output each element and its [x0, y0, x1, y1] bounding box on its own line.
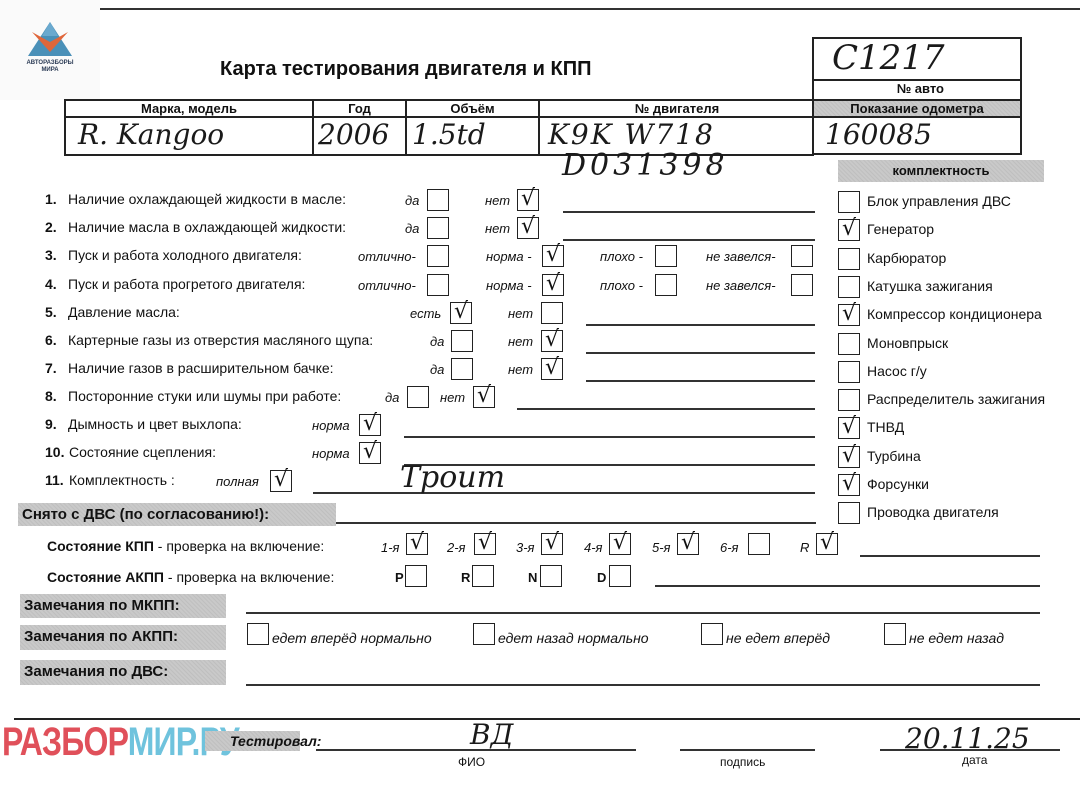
- option-checkbox[interactable]: [427, 189, 449, 211]
- check-number: 10.: [45, 444, 64, 460]
- option-label: нет: [508, 306, 533, 321]
- kit-header: комплектность: [838, 163, 1044, 178]
- akpp-option-checkbox[interactable]: [884, 623, 906, 645]
- option-label: нет: [440, 390, 465, 405]
- fio-value: ВД: [470, 718, 513, 751]
- kit-checkbox[interactable]: √: [838, 219, 860, 241]
- check-number: 6.: [45, 332, 57, 348]
- gear-checkbox[interactable]: [472, 565, 494, 587]
- gear-label: N: [528, 570, 537, 585]
- option-label: норма: [312, 418, 350, 433]
- akpp-option-checkbox[interactable]: [247, 623, 269, 645]
- manual-gearbox-label: Состояние КПП - проверка на включение:: [47, 538, 324, 554]
- gear-checkbox[interactable]: [405, 565, 427, 587]
- gear-label: P: [395, 570, 404, 585]
- kit-item-label: Карбюратор: [867, 250, 946, 266]
- option-label: есть: [410, 306, 441, 321]
- col-header-engine-no: № двигателя: [540, 101, 814, 117]
- watermark-part-1: РАЗБОР: [2, 720, 128, 764]
- option-label: нет: [485, 221, 510, 236]
- gear-checkbox[interactable]: √: [677, 533, 699, 555]
- checkmark-icon: √: [542, 359, 562, 379]
- comment-line[interactable]: [586, 380, 815, 382]
- brand-logo: АВТОРАЗБОРЫ МИРА: [0, 0, 100, 100]
- gear-label: 4-я: [584, 540, 603, 555]
- date-label: дата: [962, 753, 987, 767]
- checkmark-icon: √: [475, 534, 495, 554]
- checkmark-icon: √: [839, 418, 859, 438]
- comment-line[interactable]: [517, 408, 815, 410]
- checkmark-icon: √: [271, 471, 291, 491]
- gear-label: 6-я: [720, 540, 739, 555]
- option-checkbox[interactable]: [451, 330, 473, 352]
- check-label: Комплектность :: [69, 472, 175, 488]
- kit-checkbox[interactable]: [838, 333, 860, 355]
- option-checkbox[interactable]: √: [517, 189, 539, 211]
- option-checkbox[interactable]: √: [542, 274, 564, 296]
- option-checkbox[interactable]: [451, 358, 473, 380]
- col-header-odometer: Показание одометра: [814, 101, 1020, 117]
- check-number: 2.: [45, 219, 57, 235]
- gear-label: 5-я: [652, 540, 671, 555]
- signature-line[interactable]: [680, 749, 815, 751]
- model-value: R. Kangoo: [78, 118, 224, 151]
- remarks-dvs-label: Замечания по ДВС:: [20, 660, 226, 685]
- check-label: Давление масла:: [68, 304, 180, 320]
- checkmark-icon: √: [542, 534, 562, 554]
- option-checkbox[interactable]: √: [541, 330, 563, 352]
- option-label: нет: [485, 193, 510, 208]
- gear-label: R: [800, 540, 809, 555]
- comment-line[interactable]: [586, 324, 815, 326]
- checkmark-icon: √: [839, 305, 859, 325]
- col-header-volume: Объём: [407, 101, 538, 117]
- check-label: Состояние сцепления:: [69, 444, 216, 460]
- check-label: Пуск и работа прогретого двигателя:: [68, 276, 305, 292]
- option-label: норма: [312, 446, 350, 461]
- engine-no-extra: D031398: [562, 148, 729, 183]
- remarks-mkpp-label: Замечания по МКПП:: [20, 594, 226, 618]
- check-number: 8.: [45, 388, 57, 404]
- check-number: 3.: [45, 247, 57, 263]
- check-label: Пуск и работа холодного двигателя:: [68, 247, 302, 263]
- top-border: [100, 8, 1080, 10]
- checkmark-icon: √: [360, 415, 380, 435]
- option-checkbox[interactable]: [791, 245, 813, 267]
- kit-checkbox[interactable]: [838, 276, 860, 298]
- logo-mark-icon: [28, 22, 72, 58]
- checkmark-icon: √: [451, 303, 471, 323]
- date-value: 20.11.25: [905, 722, 1030, 755]
- checkmark-icon: √: [839, 475, 859, 495]
- kit-checkbox[interactable]: [838, 248, 860, 270]
- checkmark-icon: √: [474, 387, 494, 407]
- option-checkbox[interactable]: √: [359, 442, 381, 464]
- engine-no-value: K9K W718: [548, 118, 715, 151]
- option-label: плохо -: [600, 278, 643, 293]
- akpp-option-label: едет назад нормально: [498, 630, 649, 646]
- comment-line[interactable]: [586, 352, 815, 354]
- kit-item-label: Форсунки: [867, 476, 929, 492]
- gear-label: 1-я: [381, 540, 400, 555]
- kit-checkbox[interactable]: [838, 502, 860, 524]
- year-value: 2006: [318, 118, 389, 151]
- option-label: да: [430, 362, 444, 377]
- comment-line[interactable]: [563, 239, 815, 241]
- auto-gearbox-title: Состояние АКПП: [47, 569, 164, 585]
- checkmark-icon: √: [407, 534, 427, 554]
- check-number: 1.: [45, 191, 57, 207]
- auto-gearbox-subtitle: - проверка на включение:: [164, 569, 334, 585]
- option-label: норма -: [486, 249, 532, 264]
- kit-checkbox[interactable]: [838, 361, 860, 383]
- option-checkbox[interactable]: [655, 245, 677, 267]
- checkmark-icon: √: [543, 246, 563, 266]
- manual-gearbox-subtitle: - проверка на включение:: [154, 538, 324, 554]
- gear-checkbox[interactable]: [609, 565, 631, 587]
- akpp-option-label: не едет назад: [909, 630, 1004, 646]
- col-header-year: Год: [314, 101, 405, 117]
- option-checkbox[interactable]: [791, 274, 813, 296]
- kit-item-label: Блок управления ДВС: [867, 193, 1011, 209]
- kit-item-label: Катушка зажигания: [867, 278, 993, 294]
- option-checkbox[interactable]: √: [517, 217, 539, 239]
- checkmark-icon: √: [518, 190, 538, 210]
- option-label: нет: [508, 334, 533, 349]
- option-checkbox[interactable]: √: [542, 245, 564, 267]
- comment-line[interactable]: [313, 492, 815, 494]
- gear-label: 2-я: [447, 540, 466, 555]
- odometer-value: 160085: [825, 118, 932, 151]
- gear-checkbox[interactable]: √: [816, 533, 838, 555]
- car-number-value: C1217: [832, 38, 945, 78]
- remarks-akpp-label: Замечания по АКПП:: [20, 625, 226, 650]
- checkmark-icon: √: [610, 534, 630, 554]
- tested-by-label: Тестировал:: [230, 733, 321, 749]
- check-number: 11.: [45, 472, 64, 488]
- akpp-option-label: не едет вперёд: [726, 630, 830, 646]
- gear-checkbox[interactable]: √: [406, 533, 428, 555]
- option-label: да: [405, 221, 419, 236]
- gear-checkbox[interactable]: √: [541, 533, 563, 555]
- signature-label: подпись: [720, 755, 765, 769]
- checkmark-icon: √: [817, 534, 837, 554]
- kit-checkbox[interactable]: √: [838, 304, 860, 326]
- kit-checkbox[interactable]: √: [838, 417, 860, 439]
- fio-label: ФИО: [458, 755, 485, 769]
- option-checkbox[interactable]: √: [541, 358, 563, 380]
- removed-line[interactable]: [336, 522, 816, 524]
- option-label: плохо -: [600, 249, 643, 264]
- option-label: норма -: [486, 278, 532, 293]
- option-checkbox[interactable]: [407, 386, 429, 408]
- check-label: Наличие охлаждающей жидкости в масле:: [68, 191, 346, 207]
- option-label: отлично-: [358, 249, 416, 264]
- kit-checkbox[interactable]: [838, 191, 860, 213]
- check-label: Наличие масла в охлаждающей жидкости:: [68, 219, 346, 235]
- page-title: Карта тестирования двигателя и КПП: [220, 58, 591, 81]
- checkmark-icon: √: [678, 534, 698, 554]
- manual-gearbox-title: Состояние КПП: [47, 538, 154, 554]
- car-number-label: № авто: [812, 81, 1022, 96]
- kit-checkbox[interactable]: √: [838, 474, 860, 496]
- checkmark-icon: √: [839, 220, 859, 240]
- option-label: нет: [508, 362, 533, 377]
- watermark: РАЗБОРМИР.РУ: [2, 720, 239, 765]
- check-number: 7.: [45, 360, 57, 376]
- kit-item-label: Насос г/у: [867, 363, 927, 379]
- kit-item-label: Генератор: [867, 221, 934, 237]
- check-label: Наличие газов в расширительном бачке:: [68, 360, 334, 376]
- kit-checkbox[interactable]: √: [838, 446, 860, 468]
- auto-gearbox-line[interactable]: [655, 585, 1040, 587]
- option-label: не завелся-: [706, 278, 776, 293]
- option-checkbox[interactable]: √: [473, 386, 495, 408]
- logo-text-2: МИРА: [0, 67, 100, 74]
- option-checkbox[interactable]: √: [359, 414, 381, 436]
- gear-label: R: [461, 570, 470, 585]
- kit-item-label: Турбина: [867, 448, 921, 464]
- akpp-option-label: едет вперёд нормально: [272, 630, 432, 646]
- gear-label: 3-я: [516, 540, 535, 555]
- gear-checkbox[interactable]: √: [474, 533, 496, 555]
- check-number: 4.: [45, 276, 57, 292]
- akpp-option-checkbox[interactable]: [473, 623, 495, 645]
- checkmark-icon: √: [360, 443, 380, 463]
- auto-gearbox-label: Состояние АКПП - проверка на включение:: [47, 569, 334, 585]
- option-checkbox[interactable]: [427, 217, 449, 239]
- volume-value: 1.5td: [412, 118, 486, 151]
- gear-label: D: [597, 570, 606, 585]
- manual-gearbox-line[interactable]: [860, 555, 1040, 557]
- check-label: Посторонние стуки или шумы при работе:: [68, 388, 341, 404]
- kit-item-label: Распределитель зажигания: [867, 391, 1045, 407]
- option-label: да: [385, 390, 399, 405]
- option-checkbox[interactable]: [427, 245, 449, 267]
- kit-item-label: Моновпрыск: [867, 335, 948, 351]
- check-number: 9.: [45, 416, 57, 432]
- check-label: Картерные газы из отверстия масляного щу…: [68, 332, 373, 348]
- option-checkbox[interactable]: √: [450, 302, 472, 324]
- option-checkbox[interactable]: [541, 302, 563, 324]
- comment-line[interactable]: [563, 211, 815, 213]
- gear-checkbox[interactable]: [748, 533, 770, 555]
- gear-checkbox[interactable]: [540, 565, 562, 587]
- remarks-dvs-line[interactable]: [246, 684, 1040, 686]
- checkmark-icon: √: [543, 275, 563, 295]
- remarks-mkpp-line[interactable]: [246, 612, 1040, 614]
- kit-checkbox[interactable]: [838, 389, 860, 411]
- logo-text-1: АВТОРАЗБОРЫ: [0, 60, 100, 67]
- option-label: да: [405, 193, 419, 208]
- option-label: не завелся-: [706, 249, 776, 264]
- check-number: 5.: [45, 304, 57, 320]
- gear-checkbox[interactable]: √: [609, 533, 631, 555]
- kit-item-label: Компрессор кондиционера: [867, 306, 1042, 322]
- option-label: да: [430, 334, 444, 349]
- option-label: отлично-: [358, 278, 416, 293]
- checkmark-icon: √: [518, 218, 538, 238]
- kit-item-label: ТНВД: [867, 419, 904, 435]
- kit-item-label: Проводка двигателя: [867, 504, 999, 520]
- option-checkbox[interactable]: [655, 274, 677, 296]
- check-label: Дымность и цвет выхлопа:: [68, 416, 242, 432]
- option-label: полная: [216, 474, 259, 489]
- check-note: Троит: [400, 460, 505, 495]
- option-checkbox[interactable]: √: [270, 470, 292, 492]
- checkmark-icon: √: [542, 331, 562, 351]
- akpp-option-checkbox[interactable]: [701, 623, 723, 645]
- comment-line[interactable]: [404, 436, 815, 438]
- checkmark-icon: √: [839, 447, 859, 467]
- option-checkbox[interactable]: [427, 274, 449, 296]
- removed-label: Снято с ДВС (по согласованию!):: [18, 503, 336, 526]
- col-header-model: Марка, модель: [66, 101, 312, 117]
